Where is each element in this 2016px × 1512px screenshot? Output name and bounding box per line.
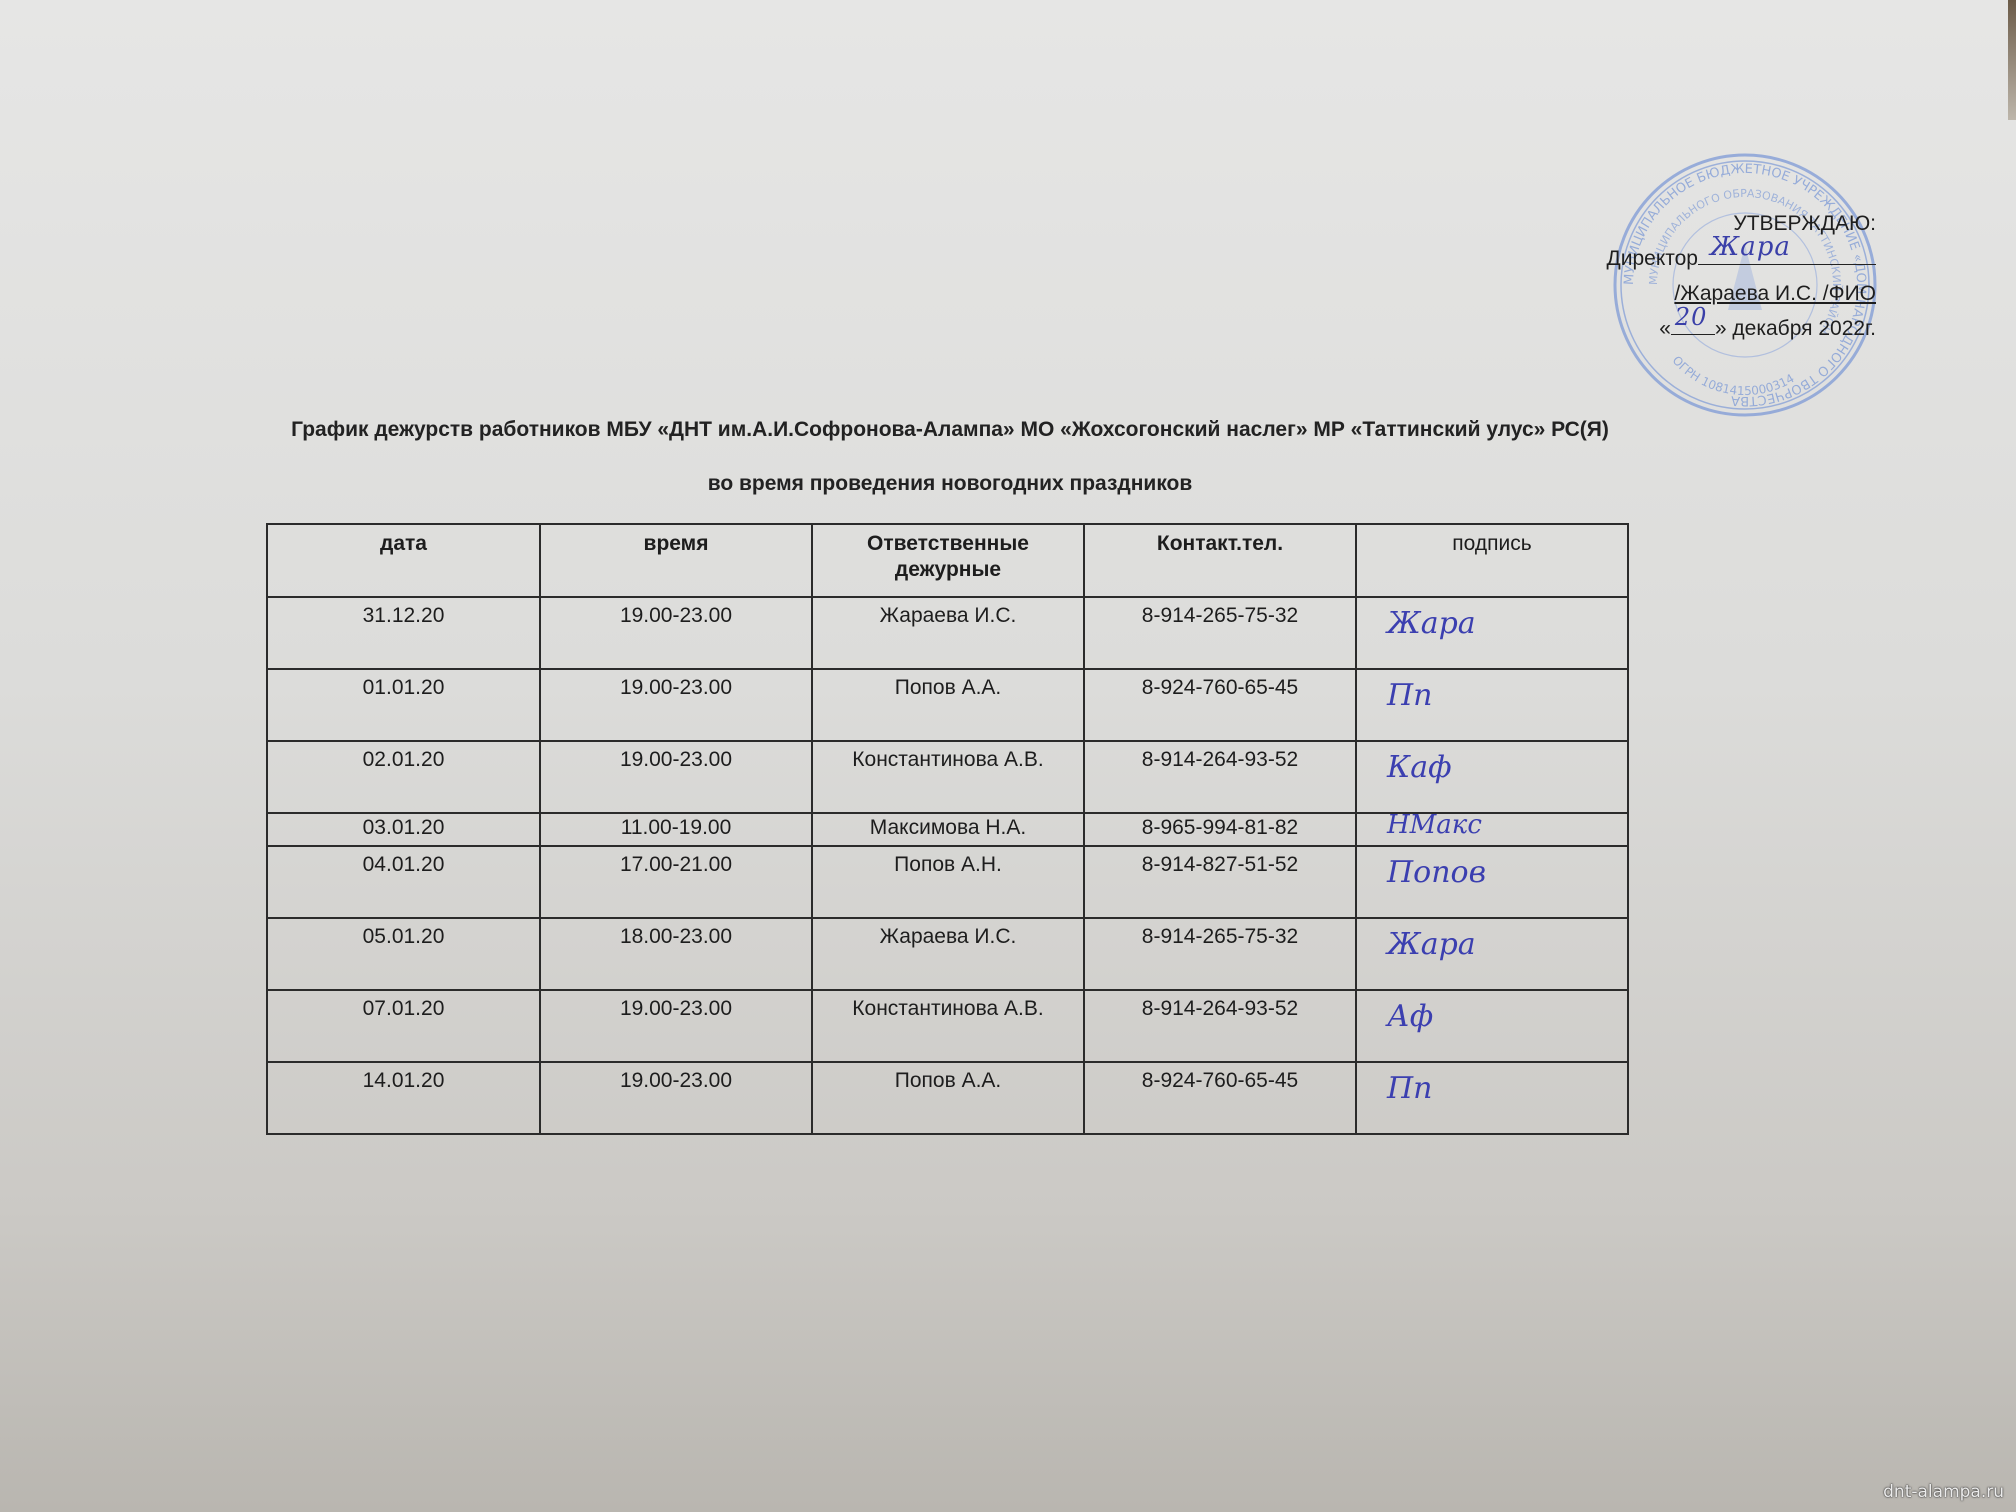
cell-phone: 8-914-265-75-32 (1084, 918, 1356, 990)
position-label: Директор (1607, 247, 1698, 270)
cell-date: 05.01.20 (267, 918, 540, 990)
cell-person: Попов А.А. (812, 1062, 1084, 1134)
table-row: 14.01.2019.00-23.00Попов А.А.8-924-760-6… (267, 1062, 1628, 1134)
cell-phone: 8-914-827-51-52 (1084, 846, 1356, 918)
cell-time: 19.00-23.00 (540, 669, 812, 741)
cell-person: Попов А.Н. (812, 846, 1084, 918)
header-time: время (540, 524, 812, 597)
paper-edge (2008, 0, 2016, 120)
handwritten-signature: Жара (1387, 927, 1476, 962)
header-date: дата (267, 524, 540, 597)
table-row: 02.01.2019.00-23.00Константинова А.В.8-9… (267, 741, 1628, 813)
table-row: 07.01.2019.00-23.00Константинова А.В.8-9… (267, 990, 1628, 1062)
cell-phone: 8-924-760-65-45 (1084, 669, 1356, 741)
cell-person: Максимова Н.А. (812, 813, 1084, 846)
handwritten-signature: Аф (1387, 999, 1433, 1034)
cell-person: Попов А.А. (812, 669, 1084, 741)
cell-time: 19.00-23.00 (540, 597, 812, 669)
cell-person: Жараева И.С. (812, 918, 1084, 990)
cell-signature: Пп (1356, 1062, 1628, 1134)
cell-date: 07.01.20 (267, 990, 540, 1062)
cell-date: 04.01.20 (267, 846, 540, 918)
handwritten-signature: Жара (1387, 606, 1476, 641)
cell-time: 19.00-23.00 (540, 741, 812, 813)
cell-signature: НМакс (1356, 813, 1628, 846)
cell-person: Жараева И.С. (812, 597, 1084, 669)
table-header-row: дата время Ответственные дежурные Контак… (267, 524, 1628, 597)
handwritten-signature: Пп (1387, 678, 1432, 713)
header-signature: подпись (1356, 524, 1628, 597)
cell-time: 11.00-19.00 (540, 813, 812, 846)
cell-phone: 8-914-264-93-52 (1084, 990, 1356, 1062)
cell-signature: Жара (1356, 918, 1628, 990)
cell-date: 14.01.20 (267, 1062, 540, 1134)
cell-phone: 8-914-265-75-32 (1084, 597, 1356, 669)
cell-signature: Аф (1356, 990, 1628, 1062)
handwritten-signature: Попов (1387, 855, 1486, 890)
cell-date: 03.01.20 (267, 813, 540, 846)
document-subtitle: во время проведения новогодних празднико… (170, 472, 1730, 496)
document-title: График дежурств работников МБУ «ДНТ им.А… (170, 418, 1730, 442)
handwritten-signature: НМакс (1387, 810, 1482, 840)
date-open-quote: « (1659, 317, 1671, 340)
cell-person: Константинова А.В. (812, 741, 1084, 813)
cell-phone: 8-965-994-81-82 (1084, 813, 1356, 846)
site-watermark: dnt-alampa.ru (1883, 1482, 2004, 1502)
stamp-ogrn: ОГРН 1081415000314 (1669, 353, 1796, 398)
cell-phone: 8-914-264-93-52 (1084, 741, 1356, 813)
table-row: 01.01.2019.00-23.00Попов А.А.8-924-760-6… (267, 669, 1628, 741)
table-row: 05.01.2018.00-23.00Жараева И.С.8-914-265… (267, 918, 1628, 990)
cell-person: Константинова А.В. (812, 990, 1084, 1062)
cell-date: 02.01.20 (267, 741, 540, 813)
cell-time: 19.00-23.00 (540, 990, 812, 1062)
cell-date: 31.12.20 (267, 597, 540, 669)
cell-time: 19.00-23.00 (540, 1062, 812, 1134)
table-row: 03.01.2011.00-19.00Максимова Н.А.8-965-9… (267, 813, 1628, 846)
cell-time: 17.00-21.00 (540, 846, 812, 918)
director-signature-line: Жара (1698, 242, 1876, 265)
svg-text:ОГРН 1081415000314: ОГРН 1081415000314 (1669, 353, 1796, 398)
cell-date: 01.01.20 (267, 669, 540, 741)
director-signature: Жара (1710, 230, 1791, 265)
header-responsible: Ответственные дежурные (812, 524, 1084, 597)
header-phone: Контакт.тел. (1084, 524, 1356, 597)
cell-signature: Каф (1356, 741, 1628, 813)
cell-signature: Жара (1356, 597, 1628, 669)
cell-time: 18.00-23.00 (540, 918, 812, 990)
date-day-line: 20 (1671, 312, 1715, 335)
duty-schedule-table: дата время Ответственные дежурные Контак… (266, 523, 1629, 1135)
cell-phone: 8-924-760-65-45 (1084, 1062, 1356, 1134)
date-day: 20 (1675, 300, 1708, 335)
date-rest: » декабря 2022г. (1715, 317, 1876, 340)
cell-signature: Попов (1356, 846, 1628, 918)
approval-block: УТВЕРЖДАЮ: ДиректорЖара /Жараева И.С. /Ф… (1607, 206, 1876, 346)
table-row: 31.12.2019.00-23.00Жараева И.С.8-914-265… (267, 597, 1628, 669)
handwritten-signature: Пп (1387, 1071, 1432, 1106)
director-name: /Жараева И.С. /ФИО (1607, 276, 1876, 311)
handwritten-signature: Каф (1387, 750, 1452, 785)
table-row: 04.01.2017.00-21.00Попов А.Н.8-914-827-5… (267, 846, 1628, 918)
cell-signature: Пп (1356, 669, 1628, 741)
